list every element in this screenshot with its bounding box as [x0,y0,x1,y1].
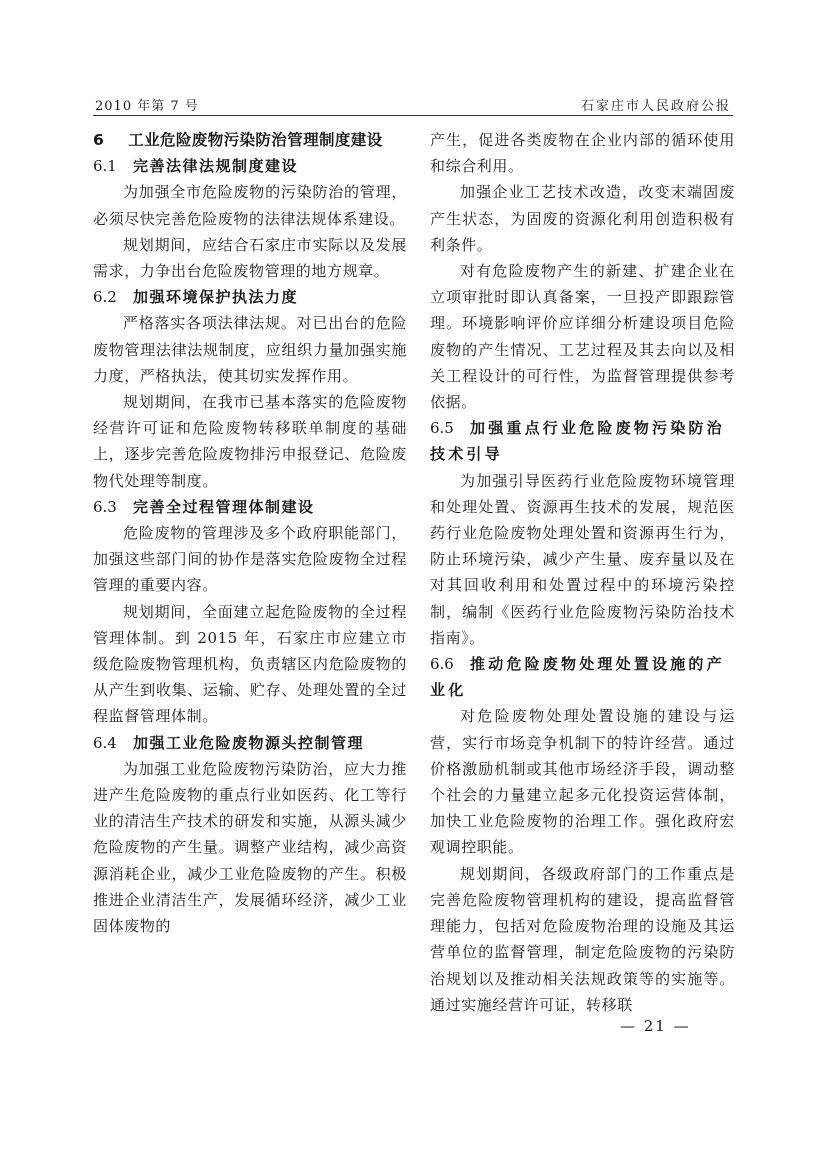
page-number: — 21 — [620,1017,691,1035]
running-header: 2010 年第 7 号 石家庄市人民政府公报 [93,93,733,116]
paragraph: 规划期间，全面建立起危险废物的全过程管理体制。到 2015 年，石家庄市应建立市… [93,599,407,730]
paragraph: 为加强工业危险废物污染防治，应大力推进产生危险废物的重点行业如医药、化工等行业的… [93,756,407,939]
subsection-number: 6.5 [430,415,470,441]
subsection-number: 6.6 [430,651,470,677]
subsection-heading-6-2: 6.2加强环境保护执法力度 [93,284,407,310]
subsection-heading-6-5: 6.5加强重点行业危险废物污染防治技术引导 [430,415,735,467]
paragraph: 加强企业工艺技术改造，改变末端固废产生状态，为固废的资源化利用创造积极有利条件。 [430,179,735,258]
subsection-title: 完善法律法规制度建设 [133,157,298,175]
section-number: 6 [93,131,104,149]
subsection-heading-6-6: 6.6推动危险废物处理处置设施的产业化 [430,651,735,703]
section-heading: 6工业危险废物污染防治管理制度建设 [93,127,407,153]
subsection-number: 6.3 [93,494,133,520]
issue-label: 2010 年第 7 号 [95,95,199,114]
subsection-title: 加强环境保护执法力度 [133,288,298,306]
subsection-number: 6.2 [93,284,133,310]
subsection-title: 推动危险废物处理处置设施的产业化 [430,655,725,699]
subsection-heading-6-4: 6.4加强工业危险废物源头控制管理 [93,730,407,756]
paragraph: 规划期间，各级政府部门的工作重点是完善危险废物管理机构的建设，提高监督管理能力，… [430,861,735,1018]
paragraph: 危险废物的管理涉及多个政府职能部门，加强这些部门间的协作是落实危险废物全过程管理… [93,520,407,599]
paragraph: 对危险废物处理处置设施的建设与运营，实行市场竞争机制下的特许经营。通过价格激励机… [430,703,735,860]
subsection-number: 6.4 [93,730,133,756]
paragraph: 规划期间，应结合石家庄市实际以及发展需求，力争出台危险废物管理的地方规章。 [93,232,407,284]
paragraph: 为加强引导医药行业危险废物环境管理和处理处置、资源再生技术的发展，规范医药行业危… [430,468,735,651]
subsection-title: 完善全过程管理体制建设 [133,498,315,516]
section-title: 工业危险废物污染防治管理制度建设 [128,131,382,149]
paragraph: 规划期间，在我市已基本落实的危险废物经营许可证和危险废物转移联单制度的基础上，逐… [93,389,407,494]
subsection-heading-6-3: 6.3完善全过程管理体制建设 [93,494,407,520]
publication-title: 石家庄市人民政府公报 [581,95,731,114]
paragraph: 对有危险废物产生的新建、扩建企业在立项审批时即认真备案，一旦投产即跟踪管理。环境… [430,258,735,415]
subsection-heading-6-1: 6.1完善法律法规制度建设 [93,153,407,179]
paragraph-continued: 产生，促进各类废物在企业内部的循环使用和综合利用。 [430,127,735,179]
left-column: 6工业危险废物污染防治管理制度建设 6.1完善法律法规制度建设 为加强全市危险废… [93,127,407,939]
right-column: 产生，促进各类废物在企业内部的循环使用和综合利用。 加强企业工艺技术改造，改变末… [430,127,735,1018]
paragraph: 为加强全市危险废物的污染防治的管理，必须尽快完善危险废物的法律法规体系建设。 [93,179,407,231]
subsection-number: 6.1 [93,153,133,179]
paragraph: 严格落实各项法律法规。对已出台的危险废物管理法律法规制度，应组织力量加强实施力度… [93,310,407,389]
subsection-title: 加强重点行业危险废物污染防治技术引导 [430,419,725,463]
subsection-title: 加强工业危险废物源头控制管理 [133,734,364,752]
